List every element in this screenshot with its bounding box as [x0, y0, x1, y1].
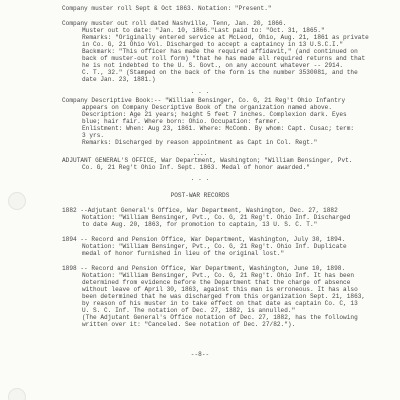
text-line: Notation: "William Bensinger, Pvt., Co. …: [82, 272, 354, 279]
text-line: been determined that he was discharged f…: [82, 293, 365, 300]
text-line: Company Descriptive Book:-- "William Ben…: [62, 97, 345, 104]
text-line: 1882 --Adjutant General's Office, War De…: [62, 207, 338, 214]
text-line: written over it: "Canceled. See notation…: [82, 321, 295, 328]
text-line: he is not indebted to the U. S. Govt., o…: [82, 62, 343, 69]
text-line: blue; hair fair. Where born: Ohio. Occup…: [82, 118, 281, 125]
text-line: Muster out to date: "Jan. 10, 1866."Last…: [82, 27, 325, 34]
text-line: (The Adjutant General's Office notation …: [82, 314, 358, 321]
document-page: Company muster roll Sept & Oct 1863. Not…: [0, 0, 400, 400]
text-line: 3 yrs.: [82, 132, 104, 139]
text-line: date Jan. 23, 1881.): [82, 76, 156, 83]
text-line: ....: [0, 150, 400, 157]
text-line: Remarks: "Originally entered service at …: [82, 34, 369, 41]
text-line: Description: Age 21 years; height 5 feet…: [82, 111, 347, 118]
text-line: determined from evidence before the Depa…: [82, 279, 350, 286]
text-line: POST-WAR RECORDS: [0, 192, 400, 199]
text-line: back of muster-out roll form) "that he h…: [82, 55, 365, 62]
text-line: 1894 -- Record and Pension Office, War D…: [62, 236, 345, 243]
text-line: medal of honor furnished in lieu of the …: [82, 250, 284, 257]
text-line: by reason of his muster in to take effec…: [82, 300, 358, 307]
text-line: to date Aug. 20, 1863, for promotion to …: [82, 221, 317, 228]
text-line: without leave of April 30, 1863, against…: [82, 286, 358, 293]
text-line: Company muster roll Sept & Oct 1863. Not…: [62, 5, 272, 12]
punch-hole-bottom: [8, 388, 26, 400]
text-line: U. S. C. Inf. The notation of Dec. 27, 1…: [82, 307, 295, 314]
text-line: . . .: [0, 175, 400, 182]
text-line: Notation: "William Bensinger, Pvt., Co. …: [82, 243, 347, 250]
text-line: appears on Company Descriptive Book of t…: [82, 104, 332, 111]
text-line: Notation: "William Bensinger, Pvt., Co. …: [82, 214, 350, 221]
text-line: --8--: [0, 351, 400, 358]
text-line: Backmark: "This officer has made the req…: [82, 48, 358, 55]
text-line: Co. G, 21 Reg't Ohio Inf. Sept. 1863. Me…: [82, 164, 310, 171]
text-line: Remarks: Discharged by reason appointmen…: [82, 139, 317, 146]
text-line: Enlistment: When: Aug 23, 1861. Where: M…: [82, 125, 354, 132]
text-line: Company muster out roll dated Nashville,…: [62, 20, 286, 27]
text-line: C. T., 32." (Stamped on the back of the …: [82, 69, 358, 76]
text-line: . . .: [0, 88, 400, 95]
text-line: in Co. G, 21 Ohio Vol. Discharged to acc…: [82, 41, 343, 48]
text-line: 1898 -- Record and Pension Office, War D…: [62, 265, 345, 272]
text-line: ADJUTANT GENERAL'S OFFICE, War Departmen…: [62, 157, 352, 164]
